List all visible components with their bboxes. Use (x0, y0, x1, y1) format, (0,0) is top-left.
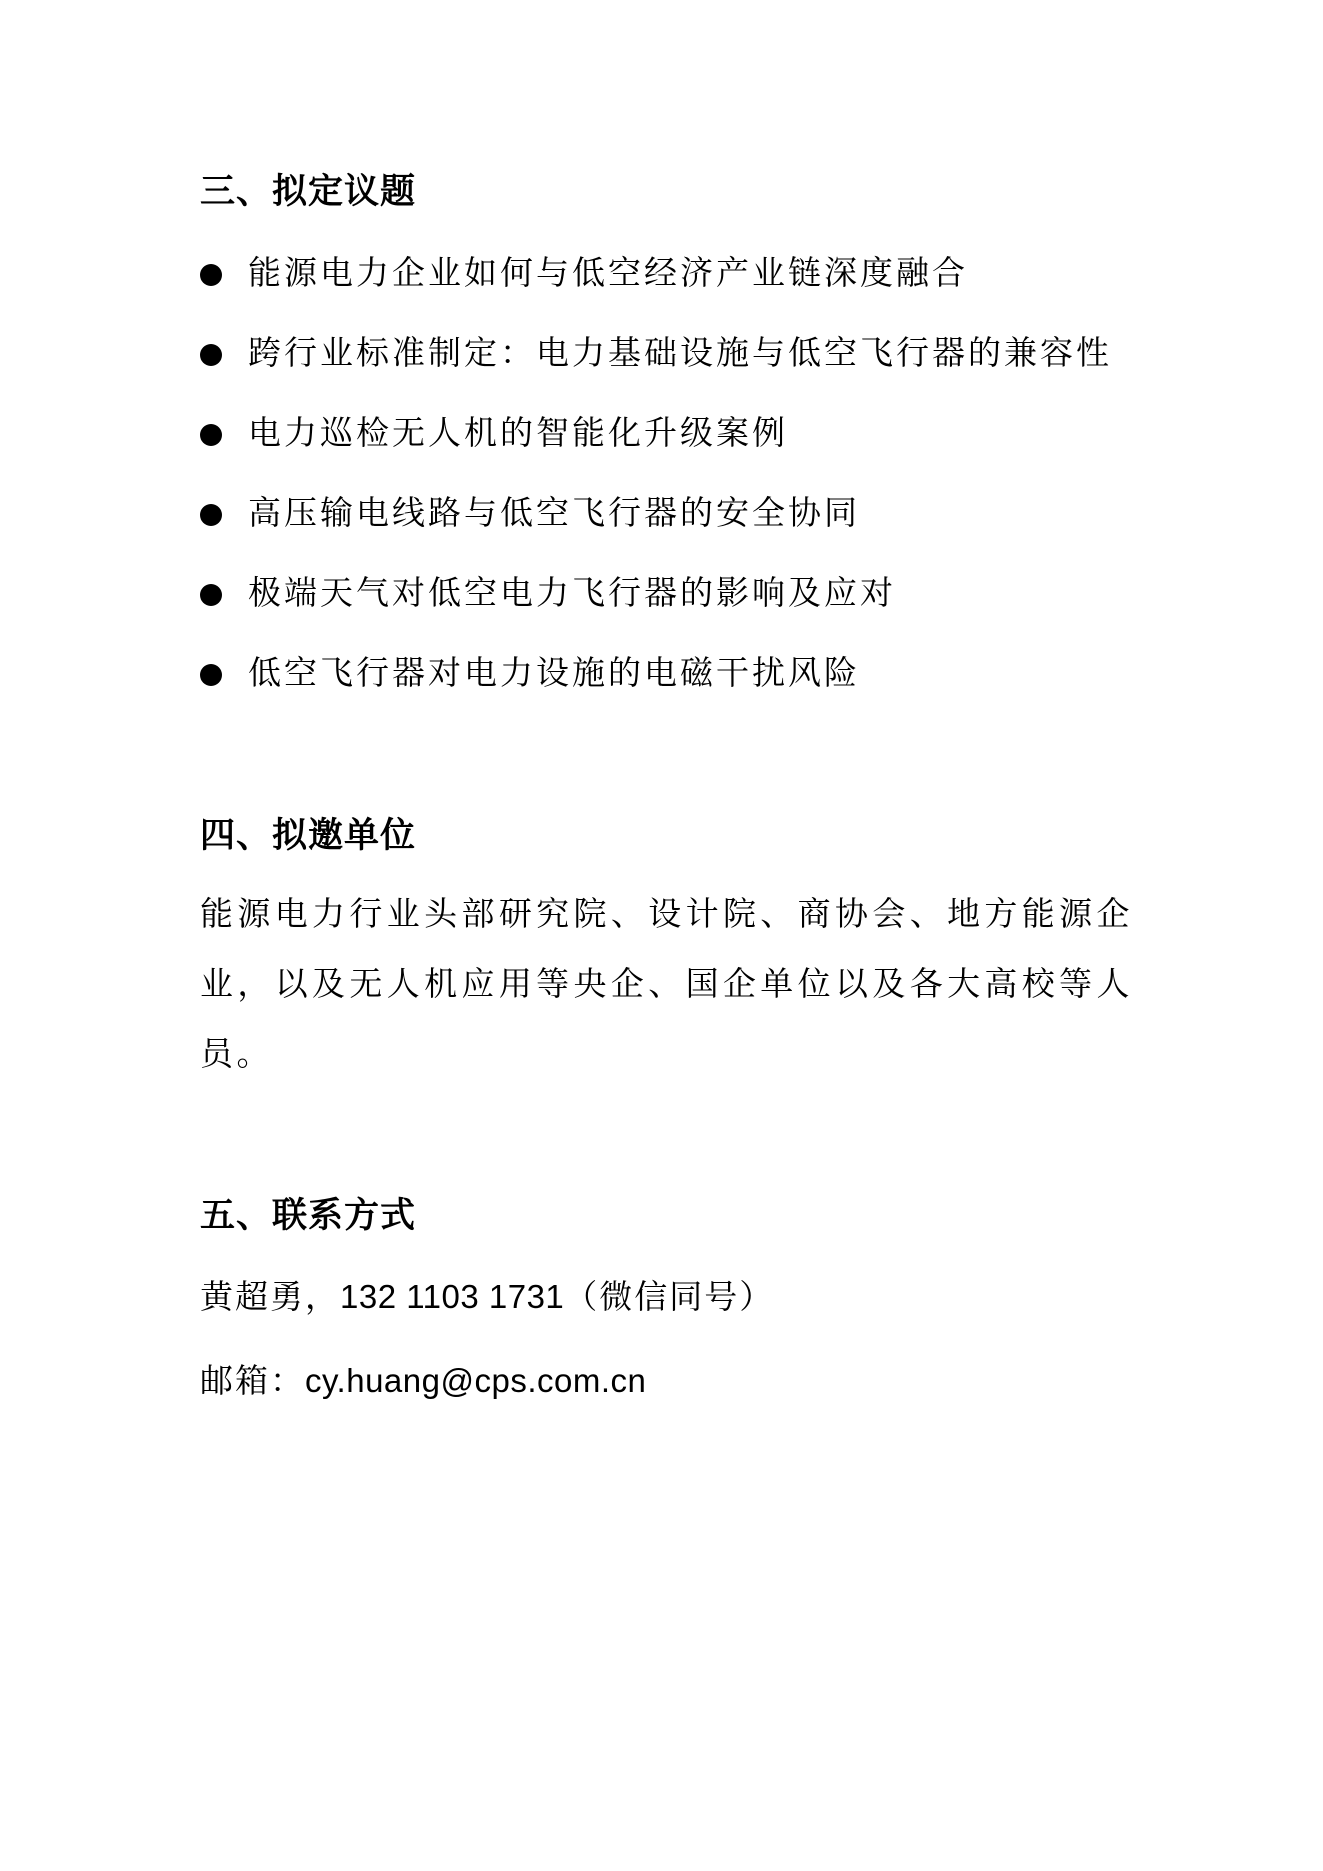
contact-line: 黄超勇，132 1103 1731（微信同号） (200, 1275, 1133, 1320)
document-page: 三、拟定议题 能源电力企业如何与低空经济产业链深度融合 跨行业标准制定：电力基础… (0, 0, 1323, 1871)
topics-heading: 三、拟定议题 (200, 170, 1133, 214)
invitees-paragraph: 能源电力行业头部研究院、设计院、商协会、地方能源企业，以及无人机应用等央企、国企… (200, 880, 1133, 1090)
contact-heading: 五、联系方式 (200, 1194, 1133, 1238)
list-item: 极端天气对低空电力飞行器的影响及应对 (200, 578, 1133, 611)
email-line: 邮箱：cy.huang@cps.com.cn (200, 1359, 1133, 1404)
email-address: cy.huang@cps.com.cn (305, 1362, 646, 1399)
bullet-icon (200, 424, 222, 446)
topic-text: 能源电力企业如何与低空经济产业链深度融合 (248, 258, 968, 291)
bullet-icon (200, 504, 222, 526)
document-content: 三、拟定议题 能源电力企业如何与低空经济产业链深度融合 跨行业标准制定：电力基础… (0, 0, 1323, 1404)
list-item: 跨行业标准制定：电力基础设施与低空飞行器的兼容性 (200, 338, 1133, 371)
topic-text: 低空飞行器对电力设施的电磁干扰风险 (248, 658, 860, 691)
list-item: 低空飞行器对电力设施的电磁干扰风险 (200, 658, 1133, 691)
contact-phone-note: （微信同号） (564, 1280, 774, 1316)
section-topics: 三、拟定议题 能源电力企业如何与低空经济产业链深度融合 跨行业标准制定：电力基础… (200, 170, 1133, 691)
contact-phone: 132 1103 1731 (340, 1278, 564, 1315)
bullet-icon (200, 264, 222, 286)
section-invitees: 四、拟邀单位 能源电力行业头部研究院、设计院、商协会、地方能源企业，以及无人机应… (200, 814, 1133, 1090)
section-contact: 五、联系方式 黄超勇，132 1103 1731（微信同号） 邮箱：cy.hua… (200, 1194, 1133, 1404)
topics-list: 能源电力企业如何与低空经济产业链深度融合 跨行业标准制定：电力基础设施与低空飞行… (200, 258, 1133, 691)
list-item: 高压输电线路与低空飞行器的安全协同 (200, 498, 1133, 531)
bullet-icon (200, 584, 222, 606)
email-label: 邮箱： (200, 1364, 305, 1400)
bullet-icon (200, 344, 222, 366)
topic-text: 高压输电线路与低空飞行器的安全协同 (248, 498, 860, 531)
topic-text: 跨行业标准制定：电力基础设施与低空飞行器的兼容性 (248, 338, 1112, 371)
topic-text: 电力巡检无人机的智能化升级案例 (248, 418, 788, 451)
bullet-icon (200, 664, 222, 686)
contact-name: 黄超勇， (200, 1280, 340, 1316)
invitees-heading: 四、拟邀单位 (200, 814, 1133, 858)
list-item: 能源电力企业如何与低空经济产业链深度融合 (200, 258, 1133, 291)
topic-text: 极端天气对低空电力飞行器的影响及应对 (248, 578, 896, 611)
list-item: 电力巡检无人机的智能化升级案例 (200, 418, 1133, 451)
